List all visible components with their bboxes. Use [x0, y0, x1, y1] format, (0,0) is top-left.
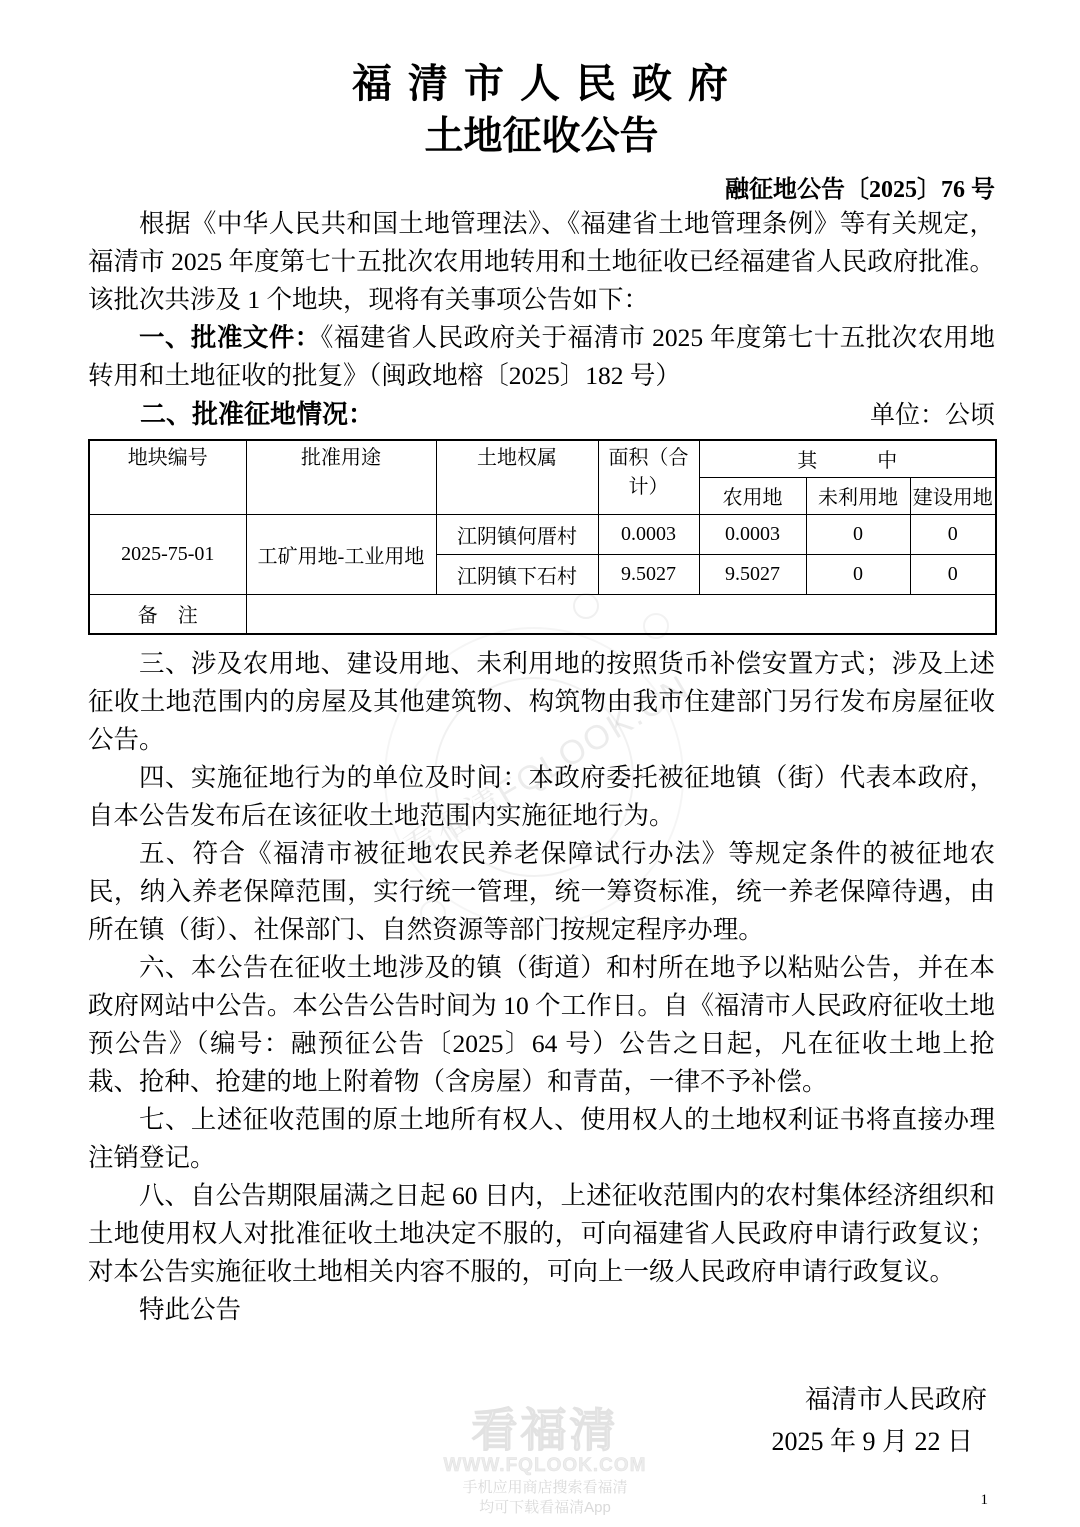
paragraph-item7: 七、上述征收范围的原土地所有权人、使用权人的土地权利证书将直接办理注销登记。 [88, 1101, 995, 1177]
page-number: 1 [981, 1492, 989, 1509]
cell-area-total: 0.0003 [598, 514, 699, 554]
remark-value [246, 594, 996, 634]
document-title: 福 清 市 人 民 政 府 [88, 58, 995, 110]
paragraph-item3: 三、涉及农用地、建设用地、未利用地的按照货币补偿安置方式；涉及上述征收土地范围内… [88, 645, 995, 759]
header-approved-use: 批准用途 [246, 440, 436, 514]
paragraph-item5: 五、符合《福清市被征地农民养老保障试行办法》等规定条件的被征地农民，纳入养老保障… [88, 835, 995, 949]
cell-unused: 0 [806, 554, 910, 594]
cell-ownership: 江阴镇下石村 [436, 554, 598, 594]
table-row: 2025-75-01 工矿用地-工业用地 江阴镇何厝村 0.0003 0.000… [89, 514, 996, 554]
header-construction: 建设用地 [910, 477, 996, 514]
cell-agricultural: 9.5027 [699, 554, 806, 594]
paragraph-closing: 特此公告 [88, 1291, 995, 1329]
signature-issuer: 福清市人民政府 [88, 1379, 995, 1421]
document-page: 看福清FQLOOK.CN 看福清 WWW.FQLOOK.COM 手机应用商店搜索… [0, 0, 1080, 1527]
header-plot-id: 地块编号 [89, 440, 246, 514]
paragraph-item4: 四、实施征地行为的单位及时间：本政府委托被征地镇（街）代表本政府，自本公告发布后… [88, 759, 995, 835]
header-unused: 未利用地 [806, 477, 910, 514]
land-acquisition-table: 地块编号 批准用途 土地权属 面积（合计） 其 中 农用地 未利用地 建设用地 … [88, 439, 997, 635]
document-subtitle: 土地征收公告 [88, 112, 995, 162]
cell-area-total: 9.5027 [598, 554, 699, 594]
cell-approved-use: 工矿用地-工业用地 [246, 514, 436, 594]
item2-row: 二、批准征地情况： 单位：公顷 [88, 396, 995, 435]
document-number: 融征地公告〔2025〕76 号 [88, 175, 995, 205]
header-agricultural: 农用地 [699, 477, 806, 514]
unit-label: 单位：公顷 [870, 397, 995, 435]
cell-ownership: 江阴镇何厝村 [436, 514, 598, 554]
paragraph-item1: 一、批准文件：《福建省人民政府关于福清市 2025 年度第七十五批次农用地转用和… [88, 319, 995, 395]
paragraph-item6: 六、本公告在征收土地涉及的镇（街道）和村所在地予以粘贴公告，并在本政府网站中公告… [88, 949, 995, 1101]
cell-plot-id: 2025-75-01 [89, 514, 246, 594]
signature-date: 2025 年 9 月 22 日 [88, 1421, 995, 1463]
item2-label: 二、批准征地情况： [88, 396, 374, 434]
table-header-row-1: 地块编号 批准用途 土地权属 面积（合计） 其 中 [89, 440, 996, 477]
cell-construction: 0 [910, 554, 996, 594]
header-area-total: 面积（合计） [598, 440, 699, 514]
cell-unused: 0 [806, 514, 910, 554]
remark-label: 备 注 [89, 594, 246, 634]
table-remark-row: 备 注 [89, 594, 996, 634]
watermark-note-line2: 均可下载看福清App [405, 1499, 685, 1516]
signature-block: 福清市人民政府 2025 年 9 月 22 日 [88, 1379, 995, 1463]
header-subtotal: 其 中 [699, 440, 996, 477]
cell-agricultural: 0.0003 [699, 514, 806, 554]
item1-label: 一、批准文件： [139, 323, 321, 352]
cell-construction: 0 [910, 514, 996, 554]
watermark-note-line1: 手机应用商店搜索看福清 [405, 1479, 685, 1496]
document-content: 福 清 市 人 民 政 府 土地征收公告 融征地公告〔2025〕76 号 根据《… [88, 0, 995, 1463]
paragraph-intro: 根据《中华人民共和国土地管理法》、《福建省土地管理条例》等有关规定，福清市 20… [88, 205, 995, 319]
paragraph-item8: 八、自公告期限届满之日起 60 日内，上述征收范围内的农村集体经济组织和土地使用… [88, 1177, 995, 1291]
header-ownership: 土地权属 [436, 440, 598, 514]
